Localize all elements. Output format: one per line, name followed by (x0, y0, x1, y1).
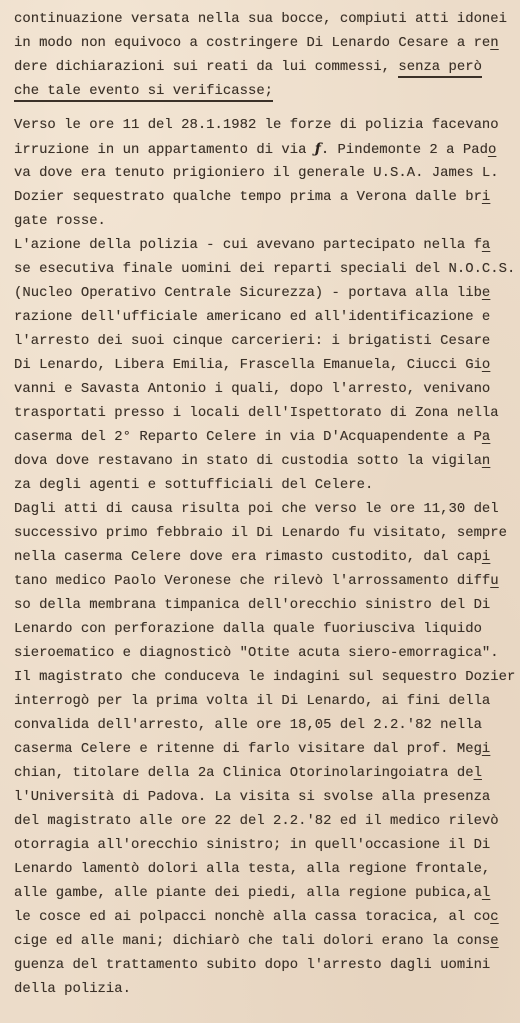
text-segment: dere dichiarazioni sui reati da lui comm… (14, 59, 398, 75)
text-segment: della polizia. (14, 981, 131, 997)
text-line: guenza del trattamento subito dopo l'arr… (14, 956, 490, 974)
text-line: vanni e Savasta Antonio i quali, dopo l'… (14, 380, 490, 398)
text-line: l'Università di Padova. La visita si svo… (14, 788, 490, 806)
text-segment: convalida dell'arresto, alle ore 18,05 d… (14, 717, 482, 733)
text-segment: successivo primo febbraio il Di Lenardo … (14, 525, 507, 541)
typewritten-page: continuazione versata nella sua bocce, c… (0, 0, 520, 1023)
text-segment: vanni e Savasta Antonio i quali, dopo l'… (14, 381, 490, 397)
text-line: (Nucleo Operativo Centrale Sicurezza) - … (14, 284, 490, 302)
text-line: in modo non equivoco a costringere Di Le… (14, 34, 499, 52)
text-segment: Dozier sequestrato qualche tempo prima a… (14, 189, 482, 205)
text-segment: l'Università di Padova. La visita si svo… (14, 789, 490, 805)
text-line: va dove era tenuto prigioniero il genera… (14, 164, 499, 182)
text-segment: sieroematico e diagnosticò "Otite acuta … (14, 645, 499, 661)
text-line: della polizia. (14, 980, 131, 998)
text-segment: Dagli atti di causa risulta poi che vers… (14, 501, 499, 517)
text-line: continuazione versata nella sua bocce, c… (14, 10, 507, 28)
text-line: Dozier sequestrato qualche tempo prima a… (14, 188, 490, 206)
text-segment: gate rosse. (14, 213, 106, 229)
text-segment: . Pindemonte 2 a Pad (321, 142, 488, 158)
hyphenation-mark: e (490, 933, 498, 949)
hyphenation-mark: n (482, 453, 490, 469)
text-segment: dova dove restavano in stato di custodia… (14, 453, 482, 469)
text-segment: za degli agenti e sottufficiali del Cele… (14, 477, 373, 493)
text-line: le cosce ed ai polpacci nonchè alla cass… (14, 908, 499, 926)
text-line: razione dell'ufficiale americano ed all'… (14, 308, 490, 326)
hyphenation-mark: a (482, 429, 490, 445)
text-line: caserma del 2° Reparto Celere in via D'A… (14, 428, 490, 446)
hyphenation-mark: l (482, 885, 490, 901)
hyphenation-mark: i (482, 549, 490, 565)
text-line: sieroematico e diagnosticò "Otite acuta … (14, 644, 499, 662)
text-segment: l'arresto dei suoi cinque carcerieri: i … (14, 333, 490, 349)
text-segment: del magistrato alle ore 22 del 2.2.'82 e… (14, 813, 499, 829)
text-segment: L'azione della polizia - cui avevano par… (14, 237, 482, 253)
text-segment: chian, titolare della 2a Clinica Otorino… (14, 765, 474, 781)
hyphenation-mark: u (490, 573, 498, 589)
text-segment: tano medico Paolo Veronese che rilevò l'… (14, 573, 490, 589)
underlined-phrase: senza però (398, 59, 482, 78)
hyphenation-mark: e (482, 285, 490, 301)
hyphenation-mark: o (488, 142, 496, 158)
text-line: Dagli atti di causa risulta poi che vers… (14, 500, 499, 518)
text-segment: le cosce ed ai polpacci nonchè alla cass… (14, 909, 490, 925)
text-segment: razione dell'ufficiale americano ed all'… (14, 309, 490, 325)
text-line: che tale evento si verificasse; (14, 82, 273, 100)
text-segment: cige ed alle mani; dichiarò che tali dol… (14, 933, 490, 949)
text-line: Lenardo con perforazione dalla quale fuo… (14, 620, 482, 638)
text-segment: Di Lenardo, Libera Emilia, Frascella Ema… (14, 357, 482, 373)
hyphenation-mark: n (490, 35, 498, 51)
text-segment: se esecutiva finale uomini dei reparti s… (14, 261, 515, 277)
text-segment: in modo non equivoco a costringere Di Le… (14, 35, 490, 51)
text-line: za degli agenti e sottufficiali del Cele… (14, 476, 373, 494)
text-line: successivo primo febbraio il Di Lenardo … (14, 524, 507, 542)
text-segment: guenza del trattamento subito dopo l'arr… (14, 957, 490, 973)
text-segment: Il magistrato che conduceva le indagini … (14, 669, 515, 685)
hyphenation-mark: i (482, 741, 490, 757)
text-line: dere dichiarazioni sui reati da lui comm… (14, 58, 482, 76)
text-segment: va dove era tenuto prigioniero il genera… (14, 165, 499, 181)
text-line: otorragia all'orecchio sinistro; in quel… (14, 836, 490, 854)
text-segment: nella caserma Celere dove era rimasto cu… (14, 549, 482, 565)
hyphenation-mark: a (482, 237, 490, 253)
text-line: Verso le ore 11 del 28.1.1982 le forze d… (14, 116, 499, 134)
text-line: nella caserma Celere dove era rimasto cu… (14, 548, 490, 566)
text-line: Di Lenardo, Libera Emilia, Frascella Ema… (14, 356, 490, 374)
text-line: Il magistrato che conduceva le indagini … (14, 668, 515, 686)
hyphenation-mark: o (482, 357, 490, 373)
text-segment: trasportati presso i locali dell'Ispetto… (14, 405, 499, 421)
text-line: chian, titolare della 2a Clinica Otorino… (14, 764, 482, 782)
hyphenation-mark: i (482, 189, 490, 205)
text-line: irruzione in un appartamento di via ƒ. P… (14, 140, 496, 159)
text-line: se esecutiva finale uomini dei reparti s… (14, 260, 515, 278)
text-segment: otorragia all'orecchio sinistro; in quel… (14, 837, 490, 853)
text-line: del magistrato alle ore 22 del 2.2.'82 e… (14, 812, 499, 830)
text-line: caserma Celere e ritenne di farlo visita… (14, 740, 490, 758)
text-segment: alle gambe, alle piante dei piedi, alla … (14, 885, 482, 901)
hyphenation-mark: l (474, 765, 482, 781)
text-segment: irruzione in un appartamento di via (14, 142, 315, 158)
text-line: dova dove restavano in stato di custodia… (14, 452, 490, 470)
text-line: cige ed alle mani; dichiarò che tali dol… (14, 932, 499, 950)
text-line: L'azione della polizia - cui avevano par… (14, 236, 490, 254)
text-line: so della membrana timpanica dell'orecchi… (14, 596, 490, 614)
text-line: interrogò per la prima volta il Di Lenar… (14, 692, 490, 710)
text-segment: Lenardo con perforazione dalla quale fuo… (14, 621, 482, 637)
text-segment: caserma del 2° Reparto Celere in via D'A… (14, 429, 482, 445)
text-line: convalida dell'arresto, alle ore 18,05 d… (14, 716, 482, 734)
text-line: gate rosse. (14, 212, 106, 230)
text-segment: interrogò per la prima volta il Di Lenar… (14, 693, 490, 709)
text-segment: Verso le ore 11 del 28.1.1982 le forze d… (14, 117, 499, 133)
underlined-phrase: che tale evento si verificasse; (14, 83, 273, 102)
text-line: tano medico Paolo Veronese che rilevò l'… (14, 572, 499, 590)
text-segment: (Nucleo Operativo Centrale Sicurezza) - … (14, 285, 482, 301)
text-segment: so della membrana timpanica dell'orecchi… (14, 597, 490, 613)
hyphenation-mark: c (490, 909, 498, 925)
text-line: l'arresto dei suoi cinque carcerieri: i … (14, 332, 490, 350)
text-segment: Lenardo lamentò dolori alla testa, alla … (14, 861, 490, 877)
text-line: trasportati presso i locali dell'Ispetto… (14, 404, 499, 422)
text-segment: continuazione versata nella sua bocce, c… (14, 11, 507, 27)
text-line: alle gambe, alle piante dei piedi, alla … (14, 884, 490, 902)
text-segment: caserma Celere e ritenne di farlo visita… (14, 741, 482, 757)
text-line: Lenardo lamentò dolori alla testa, alla … (14, 860, 490, 878)
